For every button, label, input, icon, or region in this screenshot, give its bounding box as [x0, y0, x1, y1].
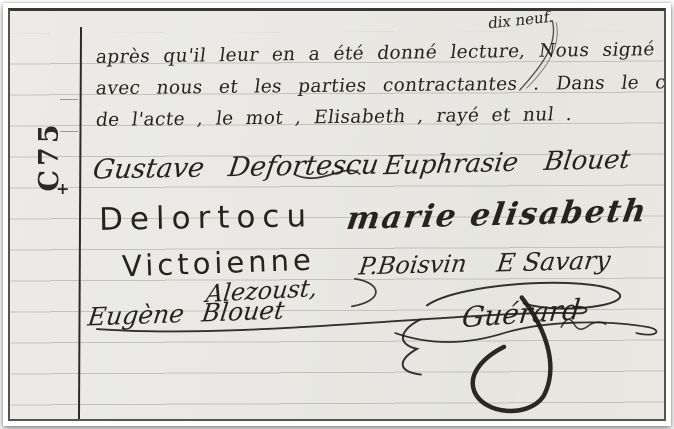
pen-flourishes — [10, 11, 664, 419]
register-page: C75 + dix neuf. après qu'il leur en a ét… — [8, 8, 666, 421]
scanned-register-photo: C75 + dix neuf. après qu'il leur en a ét… — [0, 0, 674, 429]
photo-frame: C75 + dix neuf. après qu'il leur en a ét… — [3, 3, 671, 426]
